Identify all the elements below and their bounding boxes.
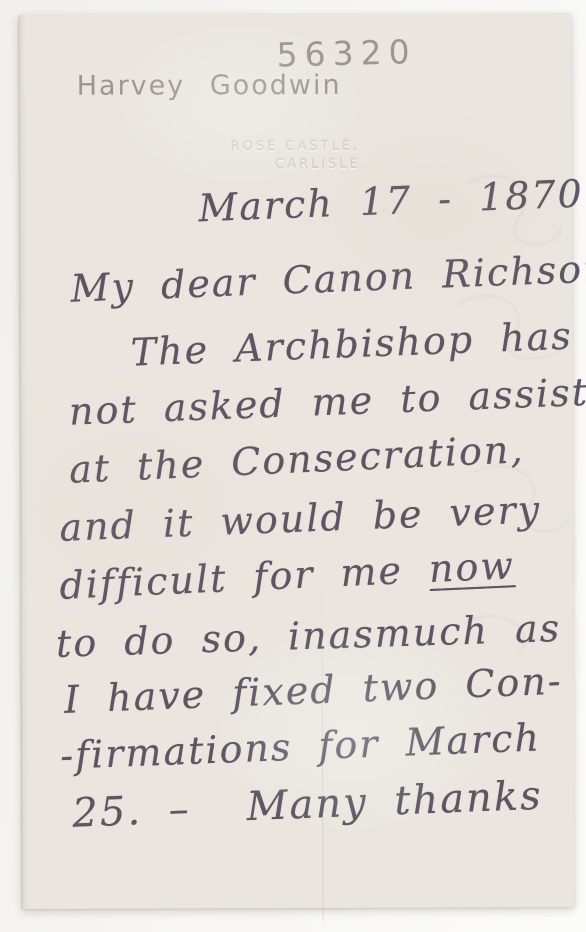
handwritten-line: I have fixed two Con- <box>63 659 563 722</box>
letterhead-place: ROSE CASTLE, <box>19 138 572 155</box>
catalog-number-annotation: 56320 <box>276 32 417 74</box>
underlined-word: now <box>428 543 516 591</box>
handwritten-line: not asked me to assist <box>68 370 586 434</box>
line-text: Many thanks <box>246 773 544 830</box>
embossed-letterhead: ROSE CASTLE, CARLISLE. <box>19 138 572 173</box>
handwritten-line: to do so, inasmuch as <box>55 606 561 666</box>
handwritten-line: -firmations for March <box>59 715 541 777</box>
date-line: March 17 - 1870 <box>198 172 585 231</box>
letter-paper: 56320 Harvey Goodwin ROSE CASTLE, CARLIS… <box>18 13 574 909</box>
salutation-line: My dear Canon Richson <box>70 246 586 311</box>
line-text: 25. – <box>72 786 192 837</box>
photo-backdrop: 56320 Harvey Goodwin ROSE CASTLE, CARLIS… <box>0 0 586 932</box>
author-name-annotation: Harvey Goodwin <box>77 70 342 102</box>
handwritten-line: The Archbishop has <box>130 314 573 375</box>
handwritten-line: and it would be very <box>59 487 542 549</box>
letterhead-city: CARLISLE. <box>45 156 586 173</box>
handwritten-line: difficult for me now <box>59 543 516 608</box>
handwritten-line: at the Consecration, <box>68 427 525 492</box>
line-text: difficult for me <box>59 547 430 608</box>
handwritten-line: 25. –Many thanks <box>72 773 544 837</box>
